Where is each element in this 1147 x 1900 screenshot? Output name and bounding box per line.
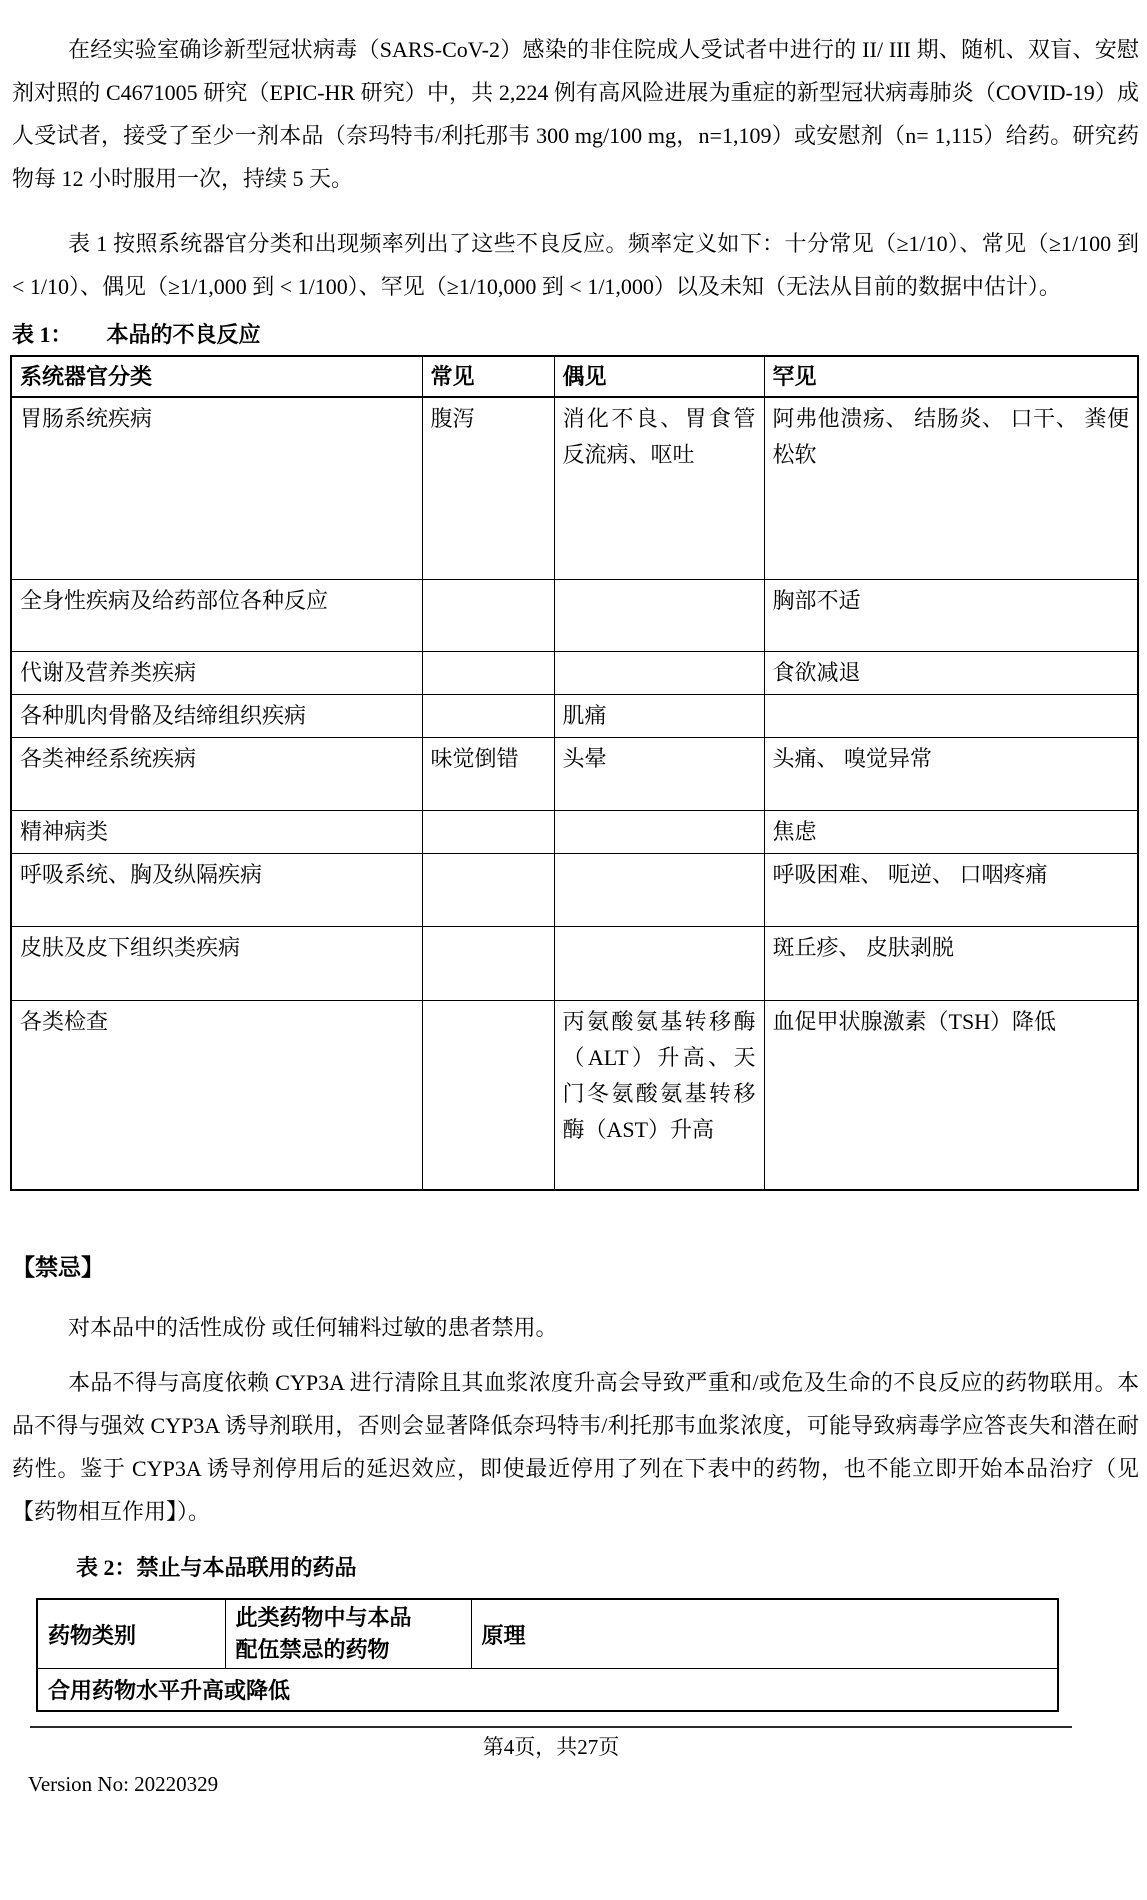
table-cell: 焦虑 <box>764 810 1138 853</box>
table-cell <box>422 853 554 926</box>
table-cell: 消化不良、胃食管反流病、呕吐 <box>554 397 764 579</box>
table-row: 全身性疾病及给药部位各种反应 胸部不适 <box>11 579 1138 651</box>
table-cell: 胃肠系统疾病 <box>11 397 422 579</box>
column-header: 原理 <box>471 1599 1058 1669</box>
table-cell <box>554 853 764 926</box>
table-cell: 胸部不适 <box>764 579 1138 651</box>
table-cell <box>422 1000 554 1190</box>
page-number: 第4页，共27页 <box>30 1731 1072 1761</box>
table-cell: 各种肌肉骨骼及结缔组织疾病 <box>11 694 422 737</box>
table-cell <box>422 694 554 737</box>
table-row: 各类神经系统疾病 味觉倒错 头晕 头痛、 嗅觉异常 <box>11 737 1138 810</box>
table-cell: 丙氨酸氨基转移酶（ALT）升高、天门冬氨酸氨基转移酶（AST）升高 <box>554 1000 764 1190</box>
table-header-row: 系统器官分类 常见 偶见 罕见 <box>11 356 1138 397</box>
table-cell: 头痛、 嗅觉异常 <box>764 737 1138 810</box>
table-cell: 头晕 <box>554 737 764 810</box>
table-cell: 食欲减退 <box>764 651 1138 694</box>
contraindications-heading: 【禁忌】 <box>12 1249 1147 1282</box>
table-row: 各种肌肉骨骼及结缔组织疾病 肌痛 <box>11 694 1138 737</box>
table-cell <box>554 810 764 853</box>
contraindications-paragraph-2: 本品不得与高度依赖 CYP3A 进行清除且其血浆浓度升高会导致严重和/或危及生命… <box>12 1361 1139 1533</box>
table1-caption: 表 1：本品的不良反应 <box>12 318 1147 349</box>
table-row: 胃肠系统疾病 腹泻 消化不良、胃食管反流病、呕吐 阿弗他溃疡、 结肠炎、 口干、… <box>11 397 1138 579</box>
table-cell <box>422 926 554 1000</box>
column-header: 偶见 <box>554 356 764 397</box>
column-header: 药物类别 <box>37 1599 225 1669</box>
table-cell <box>764 694 1138 737</box>
table-cell: 各类神经系统疾病 <box>11 737 422 810</box>
table-cell: 精神病类 <box>11 810 422 853</box>
table-cell: 血促甲状腺激素（TSH）降低 <box>764 1000 1138 1190</box>
column-header: 系统器官分类 <box>11 356 422 397</box>
table-cell <box>422 579 554 651</box>
table-row: 精神病类 焦虑 <box>11 810 1138 853</box>
table-cell <box>554 926 764 1000</box>
prohibited-drugs-table: 药物类别 此类药物中与本品配伍禁忌的药物 原理 合用药物水平升高或降低 <box>36 1598 1059 1712</box>
table-row: 各类检查 丙氨酸氨基转移酶（ALT）升高、天门冬氨酸氨基转移酶（AST）升高 血… <box>11 1000 1138 1190</box>
table-row: 皮肤及皮下组织类疾病 斑丘疹、 皮肤剥脱 <box>11 926 1138 1000</box>
table-cell: 呼吸困难、 呃逆、 口咽疼痛 <box>764 853 1138 926</box>
table2-caption: 表 2：禁止与本品联用的药品 <box>76 1551 1147 1582</box>
table-cell: 皮肤及皮下组织类疾病 <box>11 926 422 1000</box>
footer-divider <box>30 1726 1072 1728</box>
intro-paragraph: 在经实验室确诊新型冠状病毒（SARS-CoV-2）感染的非住院成人受试者中进行的… <box>12 28 1139 200</box>
frequency-definition-paragraph: 表 1 按照系统器官分类和出现频率列出了这些不良反应。频率定义如下：十分常见（≥… <box>12 222 1139 308</box>
table-cell: 全身性疾病及给药部位各种反应 <box>11 579 422 651</box>
table-row: 代谢及营养类疾病 食欲减退 <box>11 651 1138 694</box>
table-cell <box>554 579 764 651</box>
table-cell: 代谢及营养类疾病 <box>11 651 422 694</box>
contraindications-paragraph-1: 对本品中的活性成份 或任何辅料过敏的患者禁用。 <box>12 1306 1139 1349</box>
column-header: 罕见 <box>764 356 1138 397</box>
table-cell: 阿弗他溃疡、 结肠炎、 口干、 粪便松软 <box>764 397 1138 579</box>
table-cell: 肌痛 <box>554 694 764 737</box>
table1-caption-text: 本品的不良反应 <box>107 322 261 347</box>
table-cell: 各类检查 <box>11 1000 422 1190</box>
table-cell: 腹泻 <box>422 397 554 579</box>
table-cell <box>422 810 554 853</box>
table-header-row: 药物类别 此类药物中与本品配伍禁忌的药物 原理 <box>37 1599 1058 1669</box>
table1-caption-label: 表 1： <box>12 322 73 347</box>
column-header: 常见 <box>422 356 554 397</box>
table-cell <box>554 651 764 694</box>
table-cell: 味觉倒错 <box>422 737 554 810</box>
column-header: 此类药物中与本品配伍禁忌的药物 <box>225 1599 471 1669</box>
adverse-reactions-table: 系统器官分类 常见 偶见 罕见 胃肠系统疾病 腹泻 消化不良、胃食管反流病、呕吐… <box>10 355 1139 1191</box>
table-row: 呼吸系统、胸及纵隔疾病 呼吸困难、 呃逆、 口咽疼痛 <box>11 853 1138 926</box>
table-cell: 呼吸系统、胸及纵隔疾病 <box>11 853 422 926</box>
table-cell: 斑丘疹、 皮肤剥脱 <box>764 926 1138 1000</box>
document-page: 在经实验室确诊新型冠状病毒（SARS-CoV-2）感染的非住院成人受试者中进行的… <box>0 0 1147 1900</box>
table-cell <box>422 651 554 694</box>
table-group-row: 合用药物水平升高或降低 <box>37 1669 1058 1711</box>
table-cell: 合用药物水平升高或降低 <box>37 1669 1058 1711</box>
version-number: Version No: 20220329 <box>28 1772 1147 1797</box>
